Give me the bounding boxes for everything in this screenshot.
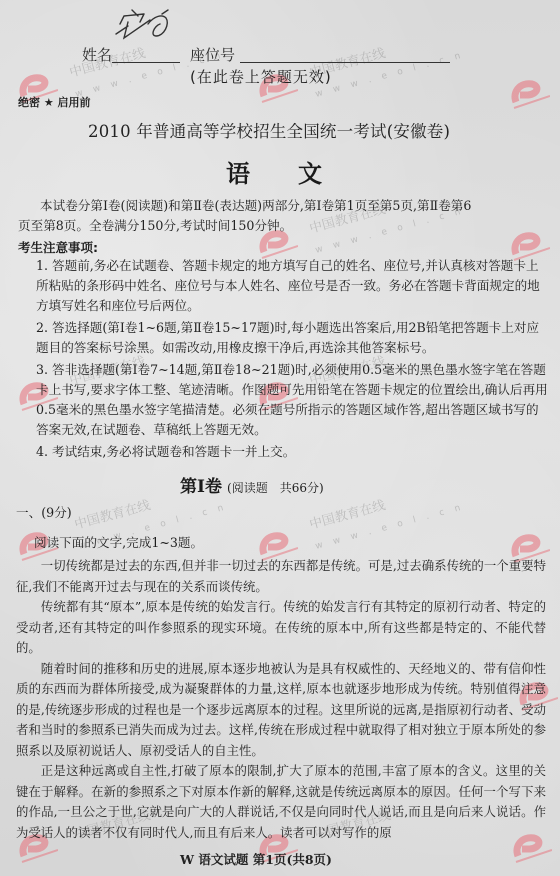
- section-subtitle: (阅读题 共66分): [227, 481, 324, 495]
- section-title: 第Ⅰ卷: [180, 477, 222, 497]
- reading-passage: 一切传统都是过去的东西,但并非一切过去的东西都是传统。可是,过去确系传统的一个重…: [16, 556, 546, 843]
- exam-page: 中国教育在线 w w w . e o l . c n 中国教育在线 w w w …: [0, 0, 560, 876]
- subject-title: 语 文: [226, 154, 322, 189]
- invalid-notice: (在此卷上答题无效): [190, 66, 332, 87]
- exam-intro: 本试卷分第Ⅰ卷(阅读题)和第Ⅱ卷(表达题)两部分,第Ⅰ卷第1页至第5页,第Ⅱ卷第…: [18, 196, 548, 236]
- handwritten-signature: [110, 6, 180, 46]
- page-footer: W 语文试题 第1页(共8页): [180, 850, 332, 868]
- note-item-4: 4. 考试结束,务必将试题卷和答题卡一并上交。: [36, 442, 548, 462]
- eol-logo-icon: [510, 78, 550, 112]
- note-item-3: 3. 答非选择题(第Ⅰ卷7~14题,第Ⅱ卷18~21题)时,必须使用0.5毫米的…: [36, 360, 548, 440]
- passage-paragraph-2: 传统都有其“原本”,原本是传统的始发言行。传统的始发言行有其特定的原初行动者、特…: [16, 597, 546, 659]
- seat-field-line[interactable]: [240, 62, 450, 63]
- passage-paragraph-3: 随着时间的推移和历史的进展,原本逐步地被认为是具有权威性的、天经地义的、带有信仰…: [16, 659, 546, 762]
- passage-paragraph-1: 一切传统都是过去的东西,但并非一切过去的东西都是传统。可是,过去确系传统的一个重…: [16, 556, 546, 597]
- part-label: 一、(9分): [16, 502, 72, 521]
- reading-instruction: 阅读下面的文字,完成1~3题。: [34, 532, 203, 551]
- intro-line-1: 本试卷分第Ⅰ卷(阅读题)和第Ⅱ卷(表达题)两部分,第Ⅰ卷第1页至第5页,第Ⅱ卷第…: [18, 196, 548, 216]
- note-item-1: 1. 答题前,务必在试题卷、答题卡规定的地方填写自己的姓名、座位号,并认真核对答…: [36, 256, 548, 316]
- intro-line-2: 页至第8页。全卷满分150分,考试时间150分钟。: [18, 216, 548, 236]
- name-label: 姓名: [82, 44, 112, 65]
- seat-label: 座位号: [190, 44, 235, 65]
- section-heading: 第Ⅰ卷 (阅读题 共66分): [180, 472, 324, 497]
- notes-heading: 考生注意事项:: [18, 238, 98, 256]
- exam-title: 2010 年普通高等学校招生全国统一考试(安徽卷): [88, 118, 450, 142]
- name-field-line[interactable]: [112, 62, 180, 63]
- passage-paragraph-4: 正是这种远离或自主性,打破了原本的限制,扩大了原本的范围,丰富了原本的含义。这里…: [16, 761, 546, 843]
- classification-label: 绝密 ★ 启用前: [18, 94, 91, 110]
- note-item-2: 2. 答选择题(第Ⅰ卷1~6题,第Ⅱ卷15~17题)时,每小题选出答案后,用2B…: [36, 318, 548, 358]
